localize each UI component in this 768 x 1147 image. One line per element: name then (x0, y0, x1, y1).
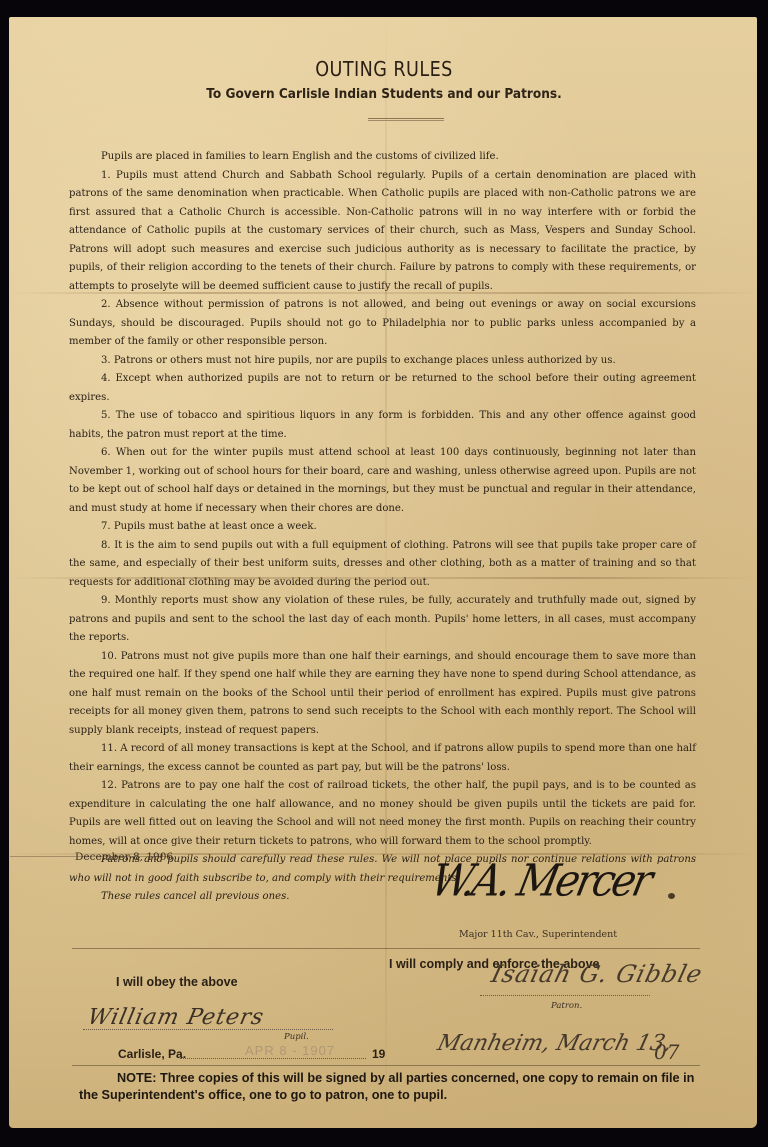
issue-date: December 8, 1906 (75, 851, 173, 863)
rule-4: 4. Except when authorized pupils are not… (69, 370, 696, 407)
rule-6: 6. When out for the winter pupils must a… (69, 444, 696, 518)
pupil-signature: William Peters (85, 1005, 266, 1030)
pupil-pledge: I will obey the above (116, 975, 238, 989)
rule-2: 2. Absence without permission of patrons… (69, 296, 696, 352)
superintendent-title: Major 11th Cav., Superintendent (459, 929, 617, 940)
rule-11: 11. A record of all money transactions i… (69, 740, 696, 777)
handwritten-year: 07 (654, 1040, 679, 1064)
intro-paragraph: Pupils are placed in families to learn E… (69, 148, 696, 167)
rule-5: 5. The use of tobacco and spiritious liq… (69, 407, 696, 444)
pupil-label: Pupil. (284, 1032, 309, 1042)
rule-7: 7. Pupils must bathe at least once a wee… (69, 518, 696, 537)
divider (72, 948, 700, 949)
rule-8: 8. It is the aim to send pupils out with… (69, 537, 696, 593)
copies-note: NOTE: Three copies of this will be signe… (79, 1070, 699, 1104)
received-stamp: APR 8 - 1907 (245, 1043, 335, 1058)
document-subtitle: To Govern Carlisle Indian Students and o… (38, 86, 729, 102)
divider (368, 120, 444, 121)
rule-12: 12. Patrons are to pay one half the cost… (69, 777, 696, 851)
ink-spot (668, 893, 675, 899)
year-prefix: 19 (372, 1047, 385, 1061)
rule-9: 9. Monthly reports must show any violati… (69, 592, 696, 648)
place-label: Carlisle, Pa. (118, 1047, 186, 1061)
divider (72, 1065, 700, 1066)
document-title: OUTING RULES (46, 57, 722, 81)
superintendent-signature: W.A. Mercer (427, 856, 655, 907)
date-line (180, 1058, 366, 1059)
rule-3: 3. Patrons or others must not hire pupil… (69, 352, 696, 371)
patron-signature-line (480, 995, 650, 996)
rules-body: Pupils are placed in families to learn E… (69, 148, 696, 907)
pupil-signature-line (83, 1029, 333, 1030)
patron-signature: Isaiah G. Gibble (489, 960, 706, 988)
rule-1: 1. Pupils must attend Church and Sabbath… (69, 167, 696, 297)
divider (368, 118, 444, 119)
handwritten-date: Manheim, March 13, (435, 1031, 675, 1056)
rule-10: 10. Patrons must not give pupils more th… (69, 648, 696, 741)
patron-label: Patron. (551, 1001, 582, 1011)
